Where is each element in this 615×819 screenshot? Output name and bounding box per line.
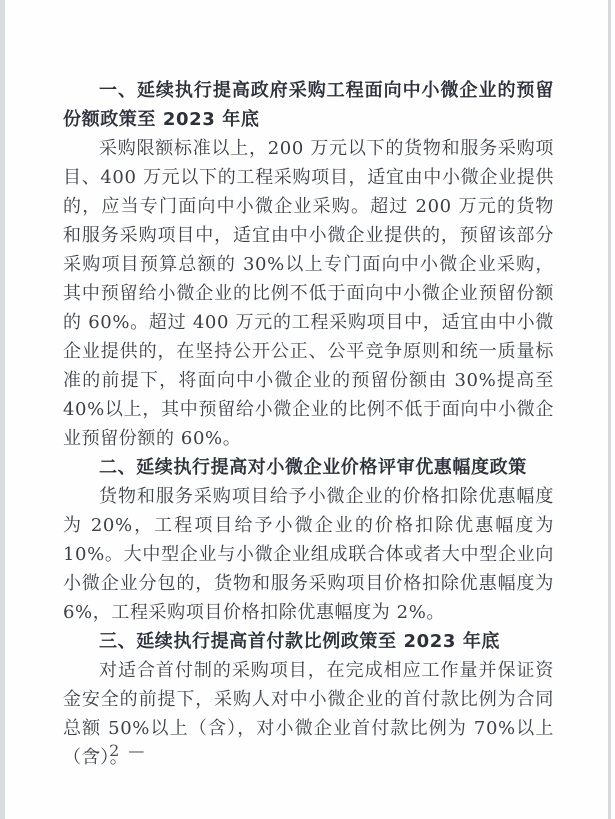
- page-number: — 2 —: [84, 740, 146, 762]
- scan-right-edge-shadow: [608, 0, 611, 819]
- section-1-heading: 一、延续执行提高政府采购工程面向中小微企业的预留份额政策至 2023 年底: [63, 76, 554, 134]
- section-1-paragraph: 采购限额标准以上，200 万元以下的货物和服务采购项目、400 万元以下的工程采…: [63, 134, 554, 453]
- section-1: 一、延续执行提高政府采购工程面向中小微企业的预留份额政策至 2023 年底 采购…: [63, 76, 554, 453]
- scan-left-edge-shadow: [0, 0, 5, 819]
- section-2: 二、延续执行提高对小微企业价格评审优惠幅度政策 货物和服务采购项目给予小微企业的…: [63, 453, 554, 627]
- scanned-document-page: 一、延续执行提高政府采购工程面向中小微企业的预留份额政策至 2023 年底 采购…: [0, 0, 615, 819]
- section-2-paragraph: 货物和服务采购项目给予小微企业的价格扣除优惠幅度为 20%，工程项目给予小微企业…: [63, 482, 554, 627]
- section-3-heading: 三、延续执行提高首付款比例政策至 2023 年底: [63, 627, 554, 656]
- document-content: 一、延续执行提高政府采购工程面向中小微企业的预留份额政策至 2023 年底 采购…: [63, 76, 554, 772]
- section-2-heading: 二、延续执行提高对小微企业价格评审优惠幅度政策: [63, 453, 554, 482]
